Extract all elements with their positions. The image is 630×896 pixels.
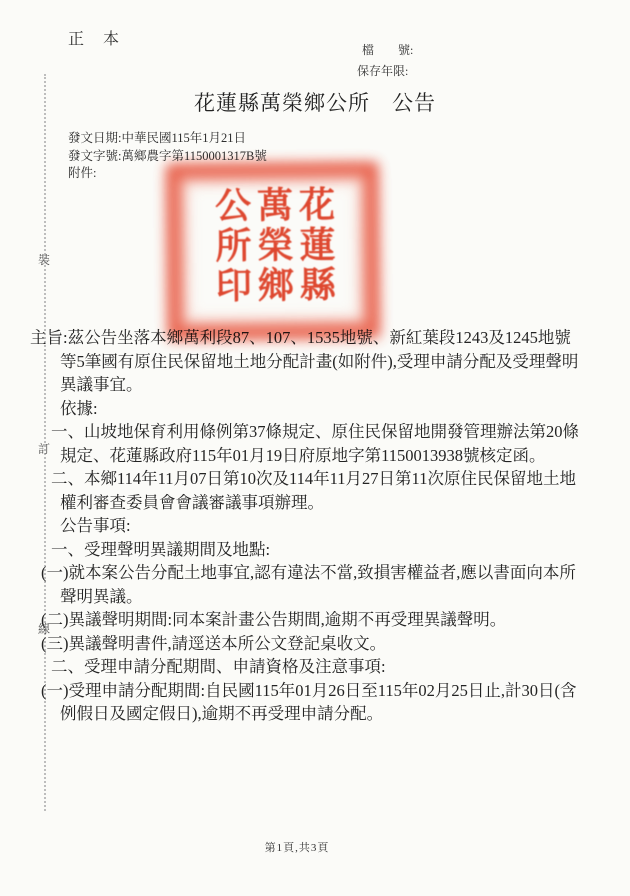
basis-label: 依據:: [60, 397, 587, 421]
binding-char-zhuang: 裝: [38, 251, 50, 268]
notice-item-2: 二、受理申請分配期間、申請資格及注意事項:: [60, 655, 587, 679]
binding-char-ding: 訂: [38, 440, 50, 457]
page-title: 花蓮縣萬榮鄉公所 公告: [0, 87, 630, 117]
notice-label: 公告事項:: [60, 514, 587, 538]
binding-char-xian: 線: [38, 620, 50, 637]
basis-item-1: 一、山坡地保育利用條例第37條規定、原住民保留地開發管理辦法第20條規定、花蓮縣…: [60, 420, 587, 467]
announcement-body: 主旨:茲公告坐落本鄉萬利段87、107、1535地號、新紅葉段1243及1245…: [60, 326, 587, 726]
notice-item-1-2: (二)異議聲明期間:同本案計畫公告期間,逾期不再受理異議聲明。: [60, 608, 587, 632]
basis-item-2: 二、本鄉114年11月07日第10次及114年11月27日第11次原住民保留地土…: [60, 467, 587, 514]
official-seal-text: 花蓮縣萬榮鄉公所印: [209, 185, 336, 316]
page-number: 第1頁,共3頁: [0, 839, 594, 855]
notice-item-1-3: (三)異議聲明書件,請逕送本所公文登記桌收文。: [60, 632, 587, 656]
file-number-label: 檔 號:: [362, 41, 413, 58]
retention-period-label: 保存年限:: [357, 62, 408, 79]
official-seal: 花蓮縣萬榮鄉公所印: [166, 162, 380, 340]
announcement-page: 正本 檔 號: 保存年限: 花蓮縣萬榮鄉公所 公告 發文日期:中華民國115年1…: [0, 0, 630, 896]
notice-item-2-1: (一)受理申請分配期間:自民國115年01月26日至115年02月25日止,計3…: [60, 679, 587, 726]
notice-item-1-1: (一)就本案公告分配土地事宜,認有違法不當,致損害權益者,應以書面向本所聲明異議…: [60, 561, 587, 608]
notice-item-1: 一、受理聲明異議期間及地點:: [60, 538, 587, 562]
issue-date: 發文日期:中華民國115年1月21日: [68, 130, 267, 148]
copy-label: 正本: [68, 26, 138, 49]
